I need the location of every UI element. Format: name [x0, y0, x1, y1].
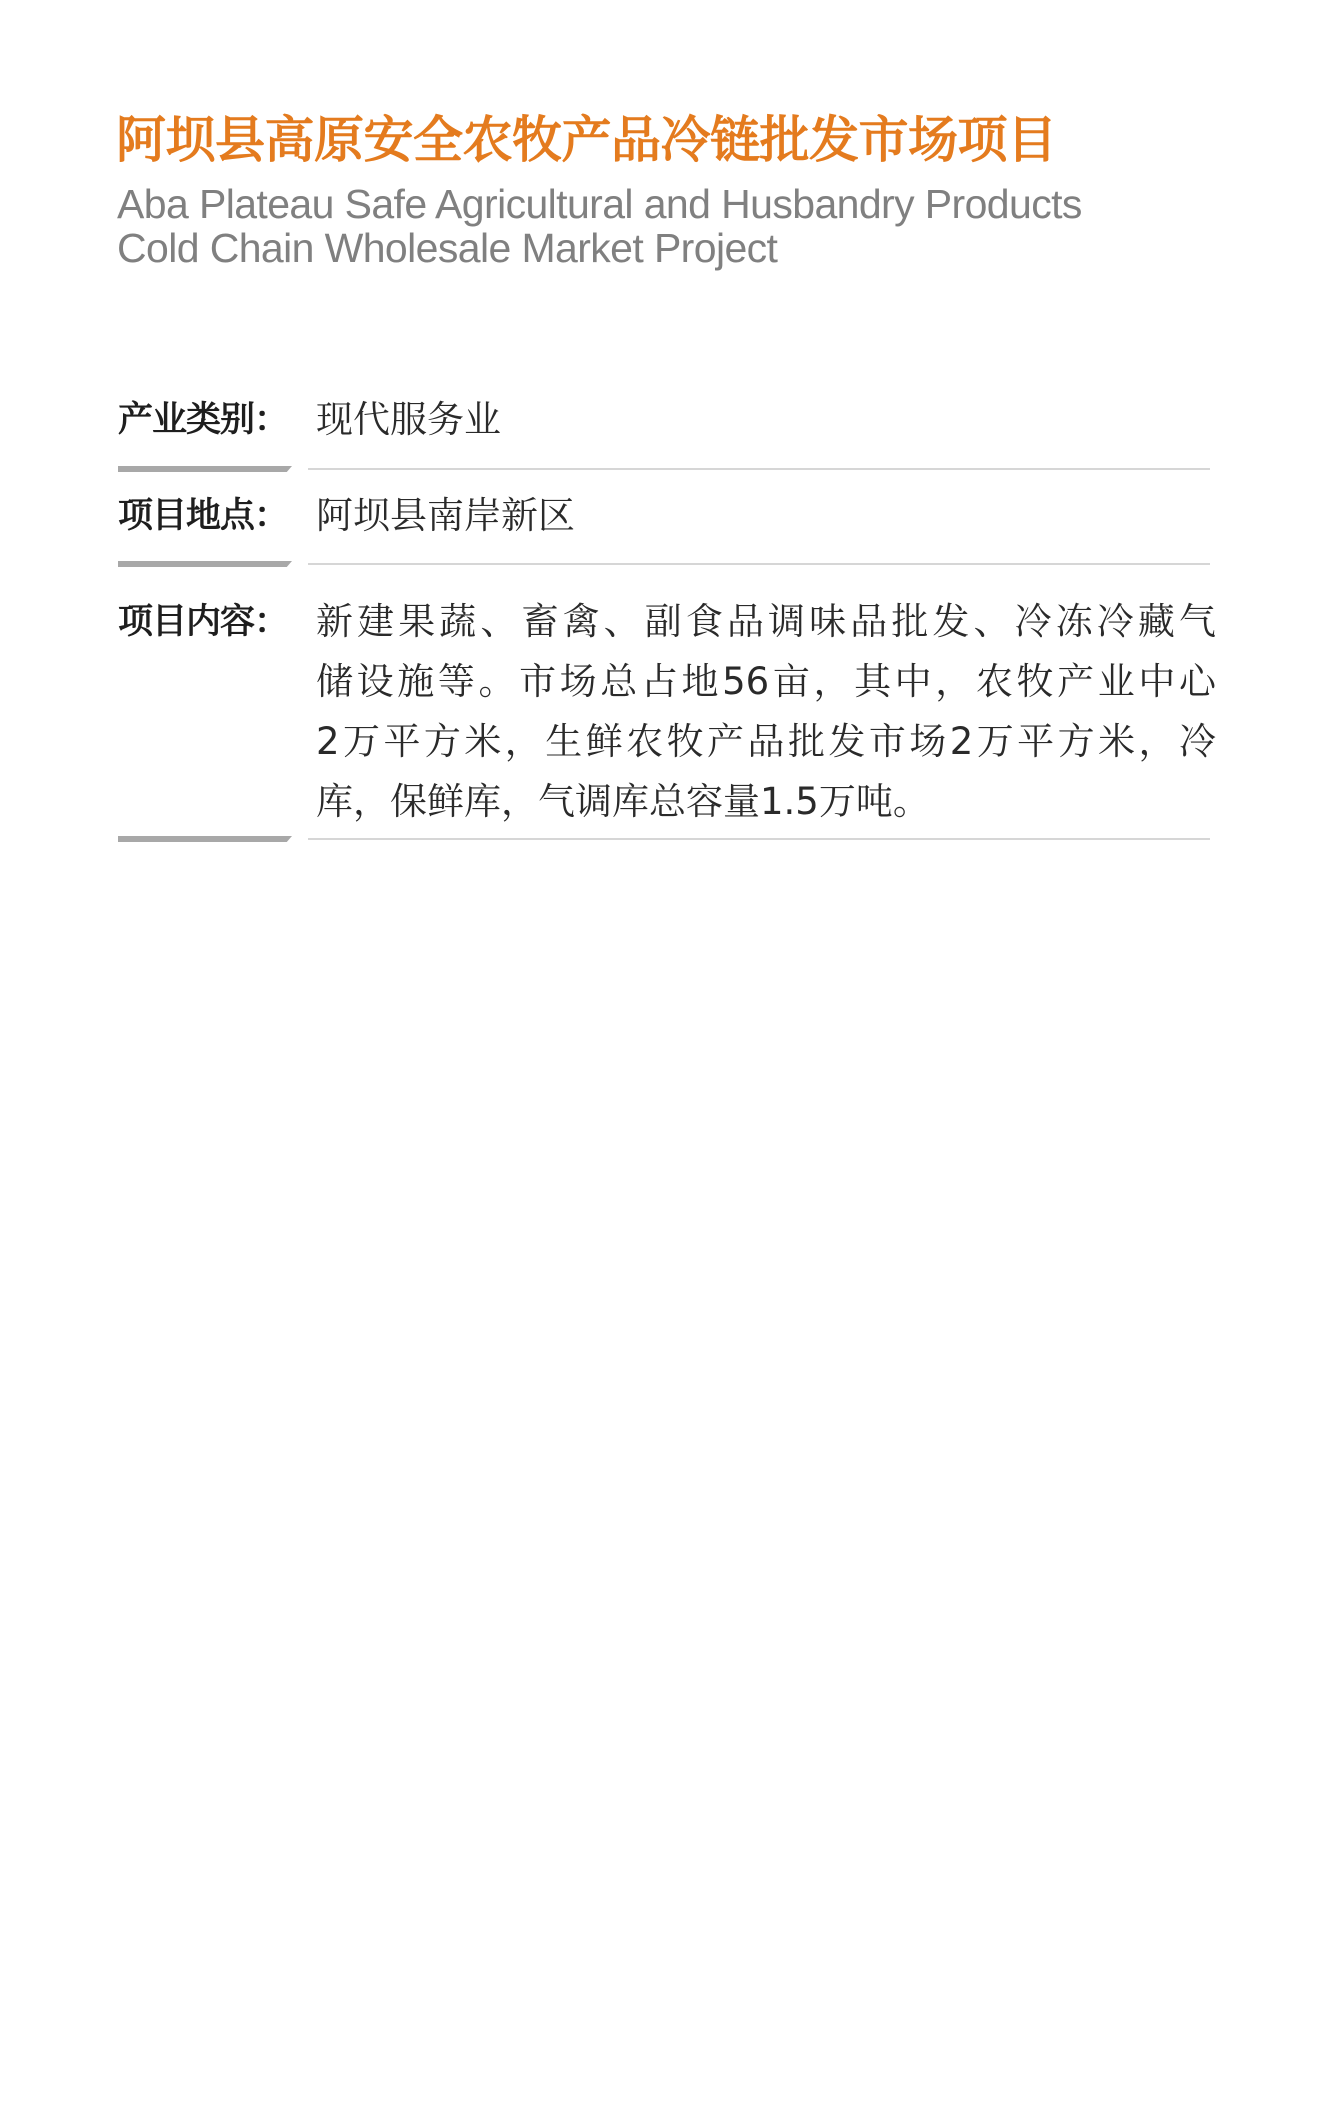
detail-value: 现代服务业: [316, 390, 1216, 450]
row-divider: [118, 561, 1210, 569]
detail-value: 新建果蔬、畜禽、副食品调味品批发、冷冻冷藏气 储设施等。市场总占地56亩，其中，…: [316, 592, 1216, 832]
detail-row-project-content: 项目内容： 新建果蔬、畜禽、副食品调味品批发、冷冻冷藏气 储设施等。市场总占地5…: [118, 592, 1210, 832]
divider-accent-bar: [118, 836, 292, 842]
detail-value-line: 新建果蔬、畜禽、副食品调味品批发、冷冻冷藏气: [316, 592, 1216, 652]
divider-line: [308, 468, 1210, 470]
divider-accent-bar: [118, 466, 292, 472]
row-divider: [118, 836, 1210, 844]
title-english-line: Cold Chain Wholesale Market Project: [117, 226, 1237, 270]
page-title-english: Aba Plateau Safe Agricultural and Husban…: [117, 182, 1237, 270]
detail-label: 项目内容：: [118, 592, 288, 652]
divider-line: [308, 838, 1210, 840]
title-english-line: Aba Plateau Safe Agricultural and Husban…: [117, 182, 1237, 226]
detail-value-line: 储设施等。市场总占地56亩，其中，农牧产业中心: [316, 652, 1216, 712]
detail-row-industry-category: 产业类别： 现代服务业: [118, 390, 1210, 450]
detail-value-line: 现代服务业: [316, 390, 1216, 450]
detail-value-line: 库，保鲜库，气调库总容量1.5万吨。: [316, 772, 1216, 832]
row-divider: [118, 466, 1210, 474]
page-title-chinese: 阿坝县高原安全农牧产品冷链批发市场项目: [116, 104, 1226, 176]
detail-value: 阿坝县南岸新区: [316, 486, 1216, 546]
divider-line: [308, 563, 1210, 565]
detail-label: 项目地点：: [118, 486, 288, 546]
detail-label: 产业类别：: [118, 390, 288, 450]
detail-value-line: 2万平方米，生鲜农牧产品批发市场2万平方米，冷: [316, 712, 1216, 772]
divider-accent-bar: [118, 561, 292, 567]
detail-row-project-location: 项目地点： 阿坝县南岸新区: [118, 486, 1210, 546]
detail-value-line: 阿坝县南岸新区: [316, 486, 1216, 546]
